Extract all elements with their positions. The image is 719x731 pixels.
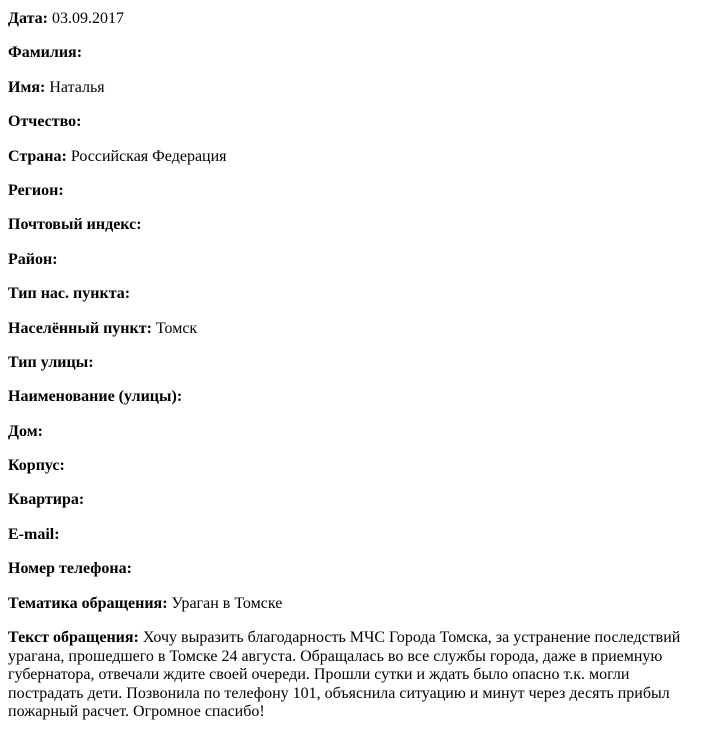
field-label: Фамилия: <box>8 44 82 61</box>
field-label: Почтовый индекс: <box>8 216 142 233</box>
field-label: Населённый пункт: <box>8 320 152 337</box>
field-region: Регион: <box>8 182 711 200</box>
field-house: Дом: <box>8 423 711 441</box>
field-label: E-mail: <box>8 526 60 543</box>
appeal-document: Дата: 03.09.2017 Фамилия: Имя: Наталья О… <box>0 0 719 722</box>
field-district: Район: <box>8 251 711 269</box>
field-label: Наименование (улицы): <box>8 388 182 405</box>
field-topic: Тематика обращения: Ураган в Томске <box>8 595 711 613</box>
field-label: Дом: <box>8 423 43 440</box>
field-label: Номер телефона: <box>8 560 132 577</box>
field-apartment: Квартира: <box>8 491 711 509</box>
field-label: Корпус: <box>8 457 65 474</box>
field-postal-code: Почтовый индекс: <box>8 216 711 234</box>
field-label: Отчество: <box>8 113 81 130</box>
field-value: Наталья <box>49 79 104 96</box>
field-email: E-mail: <box>8 526 711 544</box>
field-label: Тематика обращения: <box>8 595 168 612</box>
field-first-name: Имя: Наталья <box>8 79 711 97</box>
field-patronymic: Отчество: <box>8 113 711 131</box>
field-label: Имя: <box>8 79 45 96</box>
field-surname: Фамилия: <box>8 44 711 62</box>
field-label: Район: <box>8 251 58 268</box>
field-settlement-type: Тип нас. пункта: <box>8 285 711 303</box>
field-label: Тип улицы: <box>8 354 94 371</box>
field-label: Регион: <box>8 182 64 199</box>
field-date: Дата: 03.09.2017 <box>8 10 711 28</box>
field-value: 03.09.2017 <box>52 10 124 27</box>
field-settlement: Населённый пункт: Томск <box>8 320 711 338</box>
field-value: Российская Федерация <box>71 148 227 165</box>
field-street-name: Наименование (улицы): <box>8 388 711 406</box>
field-phone: Номер телефона: <box>8 560 711 578</box>
field-label: Квартира: <box>8 491 84 508</box>
field-building: Корпус: <box>8 457 711 475</box>
field-country: Страна: Российская Федерация <box>8 148 711 166</box>
field-message: Текст обращения: Хочу выразить благодарн… <box>8 629 708 722</box>
field-label: Дата: <box>8 10 48 27</box>
field-value: Томск <box>156 320 197 337</box>
field-label: Страна: <box>8 148 67 165</box>
field-street-type: Тип улицы: <box>8 354 711 372</box>
message-label: Текст обращения: <box>8 629 139 646</box>
field-value: Ураган в Томске <box>172 595 283 612</box>
field-label: Тип нас. пункта: <box>8 285 130 302</box>
